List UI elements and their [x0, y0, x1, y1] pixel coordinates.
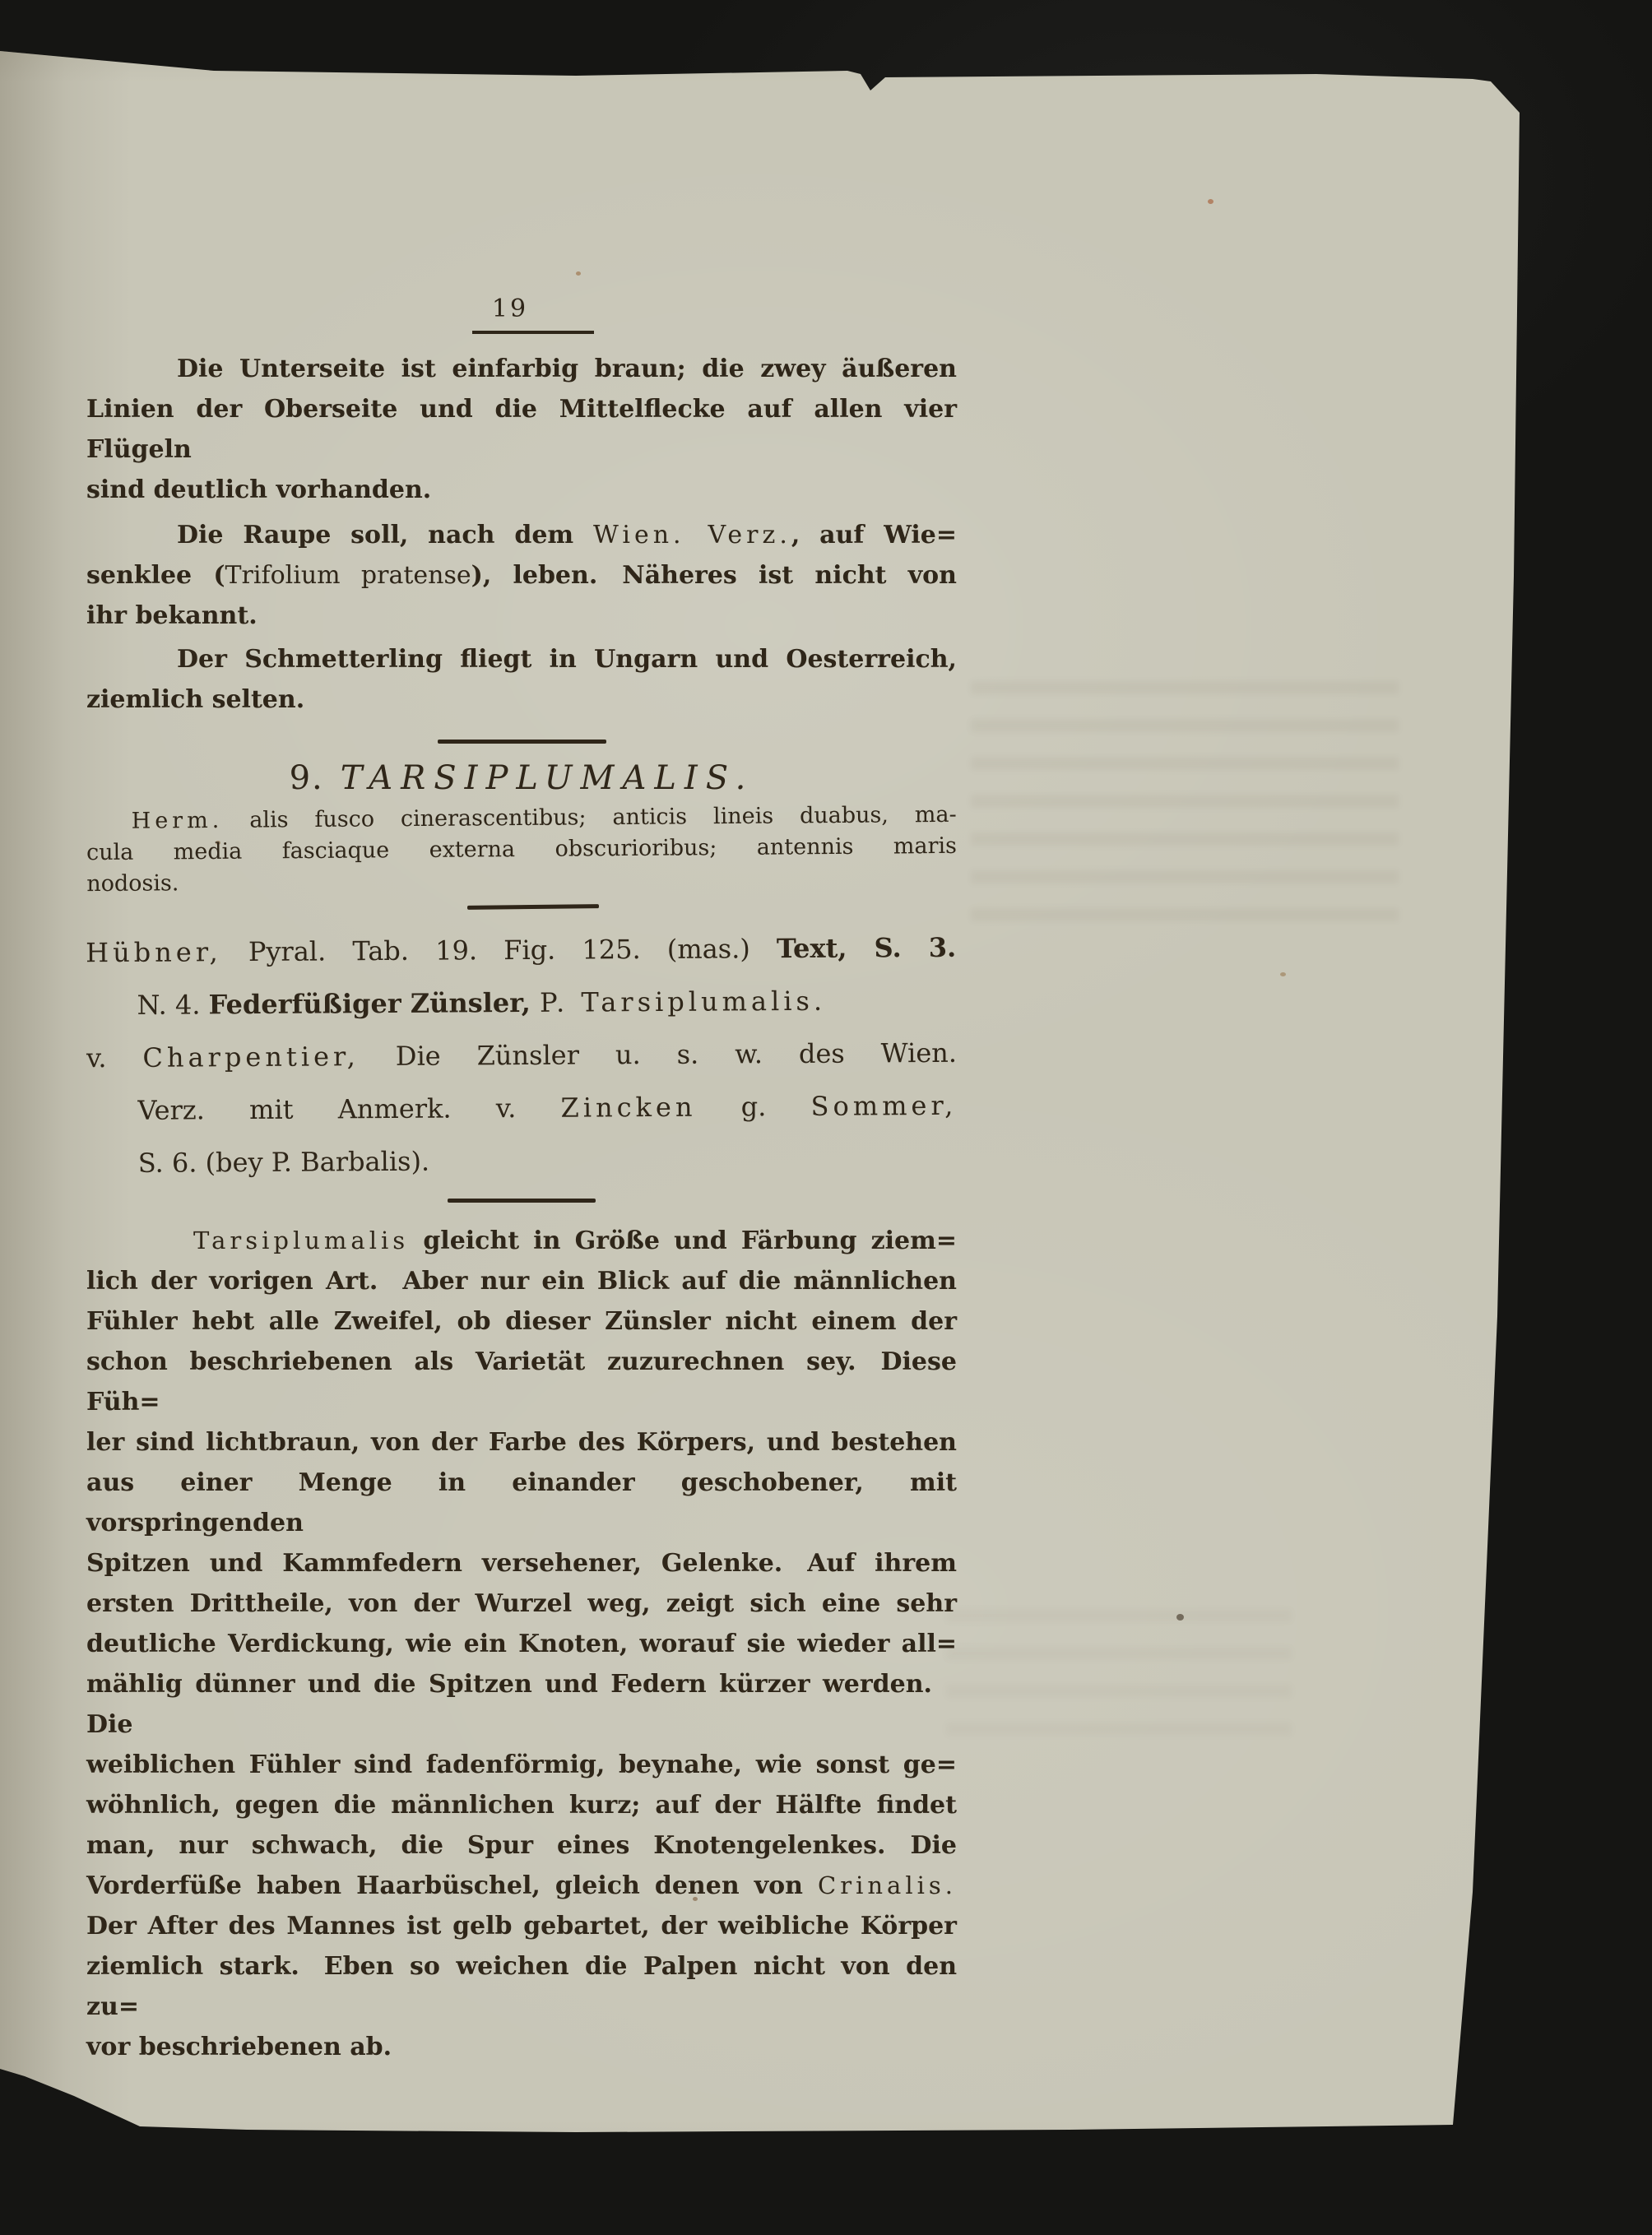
fraktur-text: ), leben. Näheres ist nicht von: [471, 561, 957, 590]
fraktur-text: , auf Wie=: [791, 521, 957, 549]
paper-speck: [1208, 199, 1213, 204]
scan-background: 19 Die Unterseite ist einfarbig braun; d…: [0, 0, 1652, 2235]
section-divider: [448, 1199, 596, 1203]
citation-text: N. 4.: [137, 989, 209, 1021]
citation-block: Hübner, Pyral. Tab. 19. Fig. 125. (mas.)…: [86, 921, 958, 1189]
text-line: Linien der Oberseite und die Mittelfleck…: [86, 389, 957, 470]
fraktur-text: Text, S. 3.: [777, 932, 956, 964]
page-number: 19: [472, 294, 594, 334]
citation-text: g.: [696, 1091, 810, 1123]
citation-text: Pyral. Tab. 19. Fig. 125. (mas.): [222, 933, 777, 967]
spaced-text: Sommer,: [811, 1090, 958, 1122]
fraktur-text: Die Raupe soll, nach dem: [177, 521, 593, 549]
latin-text: Trifolium pratense: [225, 561, 471, 590]
citation-line: Hübner, Pyral. Tab. 19. Fig. 125. (mas.)…: [86, 921, 956, 979]
citation-text: Die Zünsler u. s. w. des Wien.: [360, 1037, 957, 1072]
text-line: Der After des Mannes ist gelb gebartet, …: [86, 1906, 957, 1946]
text-line: weiblichen Fühler sind fadenförmig, beyn…: [86, 1745, 957, 1785]
ink-bleedthrough: [971, 675, 1399, 921]
spaced-text: Tarsiplumalis: [193, 1226, 409, 1254]
citation-text: v.: [86, 1042, 143, 1073]
text-line: aus einer Menge in einander geschobener,…: [86, 1463, 957, 1543]
book-page: 19 Die Unterseite ist einfarbig braun; d…: [0, 0, 1652, 2235]
paper-speck: [1176, 1614, 1184, 1621]
citation-text: Verz. mit Anmerk. v.: [137, 1092, 560, 1126]
text-line: man, nur schwach, die Spur eines Knoteng…: [86, 1825, 957, 1866]
text-line: wöhnlich, gegen die männlichen kurz; auf…: [86, 1785, 957, 1825]
text-line: lich der vorigen Art. Aber nur ein Blick…: [86, 1261, 957, 1301]
text-line: ziemlich selten.: [86, 679, 957, 720]
text-line: Fühler hebt alle Zweifel, ob dieser Züns…: [86, 1301, 957, 1342]
text-line: Der Schmetterling fliegt in Ungarn und O…: [86, 639, 957, 679]
citation-line: N. 4. Federfüßiger Zünsler, P. Tarsiplum…: [86, 974, 956, 1032]
latin-text: alis fusco cinerascentibus; anticis line…: [223, 802, 957, 833]
text-line: ihr bekannt.: [86, 596, 957, 636]
paragraph-schmetterling: Der Schmetterling fliegt in Ungarn und O…: [86, 639, 957, 720]
page-header: 19: [86, 294, 957, 336]
text-line: ersten Drittheile, von der Wurzel weg, z…: [86, 1584, 957, 1624]
text-line: schon beschriebenen als Varietät zuzurec…: [86, 1342, 957, 1422]
text-line: Spitzen und Kammfedern versehener, Gelen…: [86, 1543, 957, 1584]
paper-speck: [576, 271, 581, 276]
ink-bleedthrough: [946, 1604, 1292, 1736]
text-line: senklee (Trifolium pratense), leben. Näh…: [86, 555, 957, 596]
text-line: ler sind lichtbraun, von der Farbe des K…: [86, 1422, 957, 1463]
text-line: Die Raupe soll, nach dem Wien. Verz., au…: [86, 515, 957, 555]
text-line: Die Unterseite ist einfarbig braun; die …: [86, 349, 957, 389]
species-number: 9.: [290, 759, 324, 797]
description-paragraph: Tarsiplumalis gleicht in Größe und Färbu…: [86, 1221, 957, 2067]
spaced-text: Hübner,: [86, 936, 222, 968]
fraktur-text: gleicht in Größe und Färbung ziem=: [409, 1226, 957, 1255]
section-divider: [467, 904, 599, 910]
species-heading: 9.TARSIPLUMALIS.: [86, 757, 957, 800]
citation-line: v. Charpentier, Die Zünsler u. s. w. des…: [86, 1027, 957, 1084]
text-line: sind deutlich vorhanden.: [86, 470, 957, 510]
species-title: TARSIPLUMALIS.: [341, 759, 754, 797]
text-line: mählig dünner und die Spitzen und Federn…: [86, 1664, 957, 1745]
paper-speck: [1280, 972, 1286, 976]
spaced-text: Charpentier,: [142, 1041, 360, 1073]
latin-diagnosis: Herm. alis fusco cinerascentibus; antici…: [86, 800, 958, 900]
text-line: Vorderfüße haben Haarbüschel, gleich den…: [86, 1866, 957, 1906]
fraktur-text: Vorderfüße haben Haarbüschel, gleich den…: [86, 1871, 818, 1900]
spaced-text: Herm.: [132, 808, 224, 834]
text-line: vor beschriebenen ab.: [86, 2027, 957, 2067]
paragraph-underside: Die Unterseite ist einfarbig braun; die …: [86, 349, 957, 510]
paragraph-raupe: Die Raupe soll, nach dem Wien. Verz., au…: [86, 515, 957, 636]
text-line: Tarsiplumalis gleicht in Größe und Färbu…: [86, 1221, 957, 1261]
citation-line: Verz. mit Anmerk. v. Zincken g. Sommer,: [86, 1079, 957, 1137]
text-line: ziemlich stark. Eben so weichen die Palp…: [86, 1946, 957, 2027]
text-block: 19 Die Unterseite ist einfarbig braun; d…: [86, 294, 957, 2067]
text-line: deutliche Verdickung, wie ein Knoten, wo…: [86, 1624, 957, 1664]
spaced-text: Wien. Verz.: [593, 521, 791, 549]
spaced-text: P. Tarsiplumalis.: [540, 985, 826, 1018]
citation-line: S. 6. (bey P. Barbalis).: [87, 1132, 958, 1189]
fraktur-text: senklee (: [86, 561, 225, 590]
spaced-text: Crinalis.: [818, 1871, 957, 1899]
section-divider: [438, 740, 606, 744]
spaced-text: Zincken: [560, 1092, 696, 1124]
fraktur-text: Federfüßiger Zünsler,: [209, 987, 541, 1020]
